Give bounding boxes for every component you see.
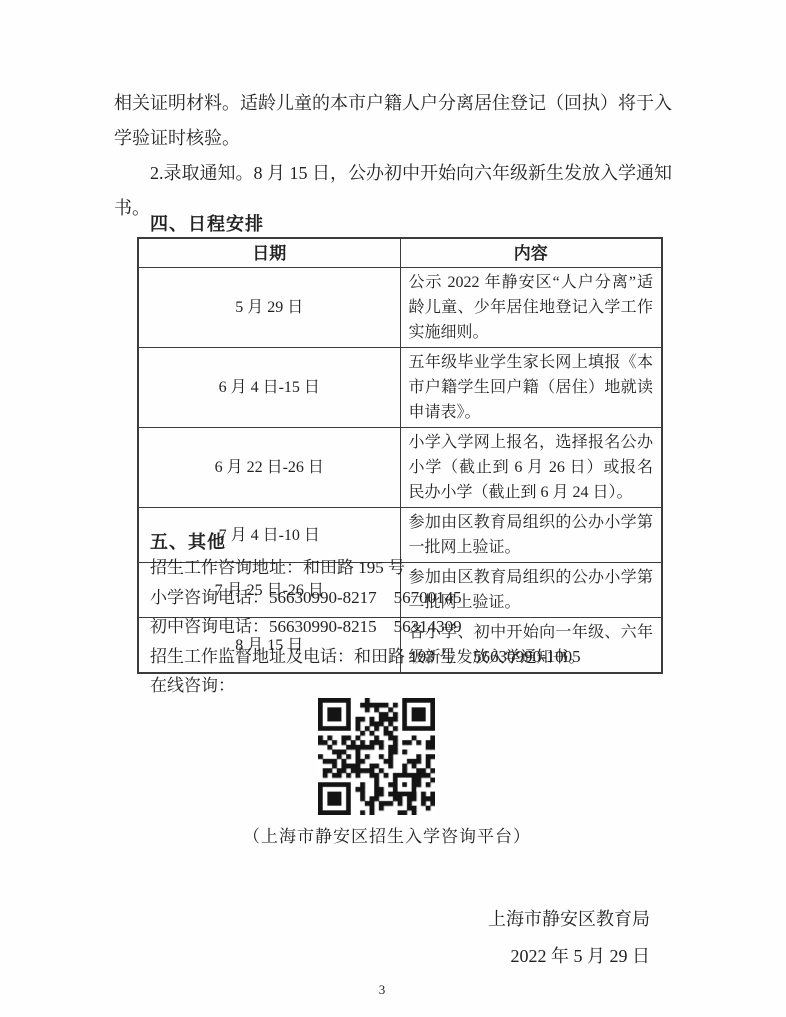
section-heading-schedule: 四、日程安排 (150, 210, 264, 236)
cell-content: 五年级毕业学生家长网上填报《本市户籍学生回户籍（居住）地就读申请表》。 (400, 348, 662, 428)
signature-block: 上海市静安区教育局 2022 年 5 月 29 日 (488, 901, 650, 975)
table-row: 6 月 4 日-15 日 五年级毕业学生家长网上填报《本市户籍学生回户籍（居住）… (138, 348, 662, 428)
signature-organization: 上海市静安区教育局 (488, 901, 650, 938)
contact-info: 招生工作咨询地址：和田路 195 号 小学咨询电话：56630990-8217 … (150, 553, 680, 701)
body-paragraphs: 相关证明材料。适龄儿童的本市户籍人户分离居住登记（回执）将于入学验证时核验。 2… (114, 86, 672, 226)
cell-content: 小学入学网上报名，选择报名公办小学（截止到 6 月 26 日）或报名民办小学（截… (400, 428, 662, 508)
page-number: 3 (372, 982, 392, 998)
table-row: 5 月 29 日 公示 2022 年静安区“人户分离”适龄儿童、少年居住地登记入… (138, 268, 662, 348)
table-row: 6 月 22 日-26 日 小学入学网上报名，选择报名公办小学（截止到 6 月 … (138, 428, 662, 508)
paragraph-continuation: 相关证明材料。适龄儿童的本市户籍人户分离居住登记（回执）将于入学验证时核验。 (114, 86, 672, 156)
document-page: 相关证明材料。适龄儿童的本市户籍人户分离居住登记（回执）将于入学验证时核验。 2… (0, 0, 786, 1017)
column-header-content: 内容 (400, 238, 662, 268)
contact-online-consult-label: 在线咨询： (150, 671, 680, 701)
section-heading-other: 五、其他 (150, 528, 226, 554)
column-header-date: 日期 (138, 238, 400, 268)
qr-code (318, 698, 435, 815)
table-header-row: 日期 内容 (138, 238, 662, 268)
cell-content: 公示 2022 年静安区“人户分离”适龄儿童、少年居住地登记入学工作实施细则。 (400, 268, 662, 348)
contact-middle-phone-line: 初中咨询电话：56630990-8215 56314309 (150, 612, 680, 642)
signature-date: 2022 年 5 月 29 日 (488, 938, 650, 975)
contact-address-line: 招生工作咨询地址：和田路 195 号 (150, 553, 680, 583)
contact-supervision-line: 招生工作监督地址及电话：和田路 193 号 56630990-1005 (150, 642, 680, 672)
cell-date: 6 月 22 日-26 日 (138, 428, 400, 508)
cell-date: 6 月 4 日-15 日 (138, 348, 400, 428)
cell-date: 5 月 29 日 (138, 268, 400, 348)
contact-primary-phone-line: 小学咨询电话：56630990-8217 56700145 (150, 583, 680, 613)
qr-caption: （上海市静安区招生入学咨询平台） (243, 822, 531, 847)
qr-code-container (318, 698, 435, 815)
